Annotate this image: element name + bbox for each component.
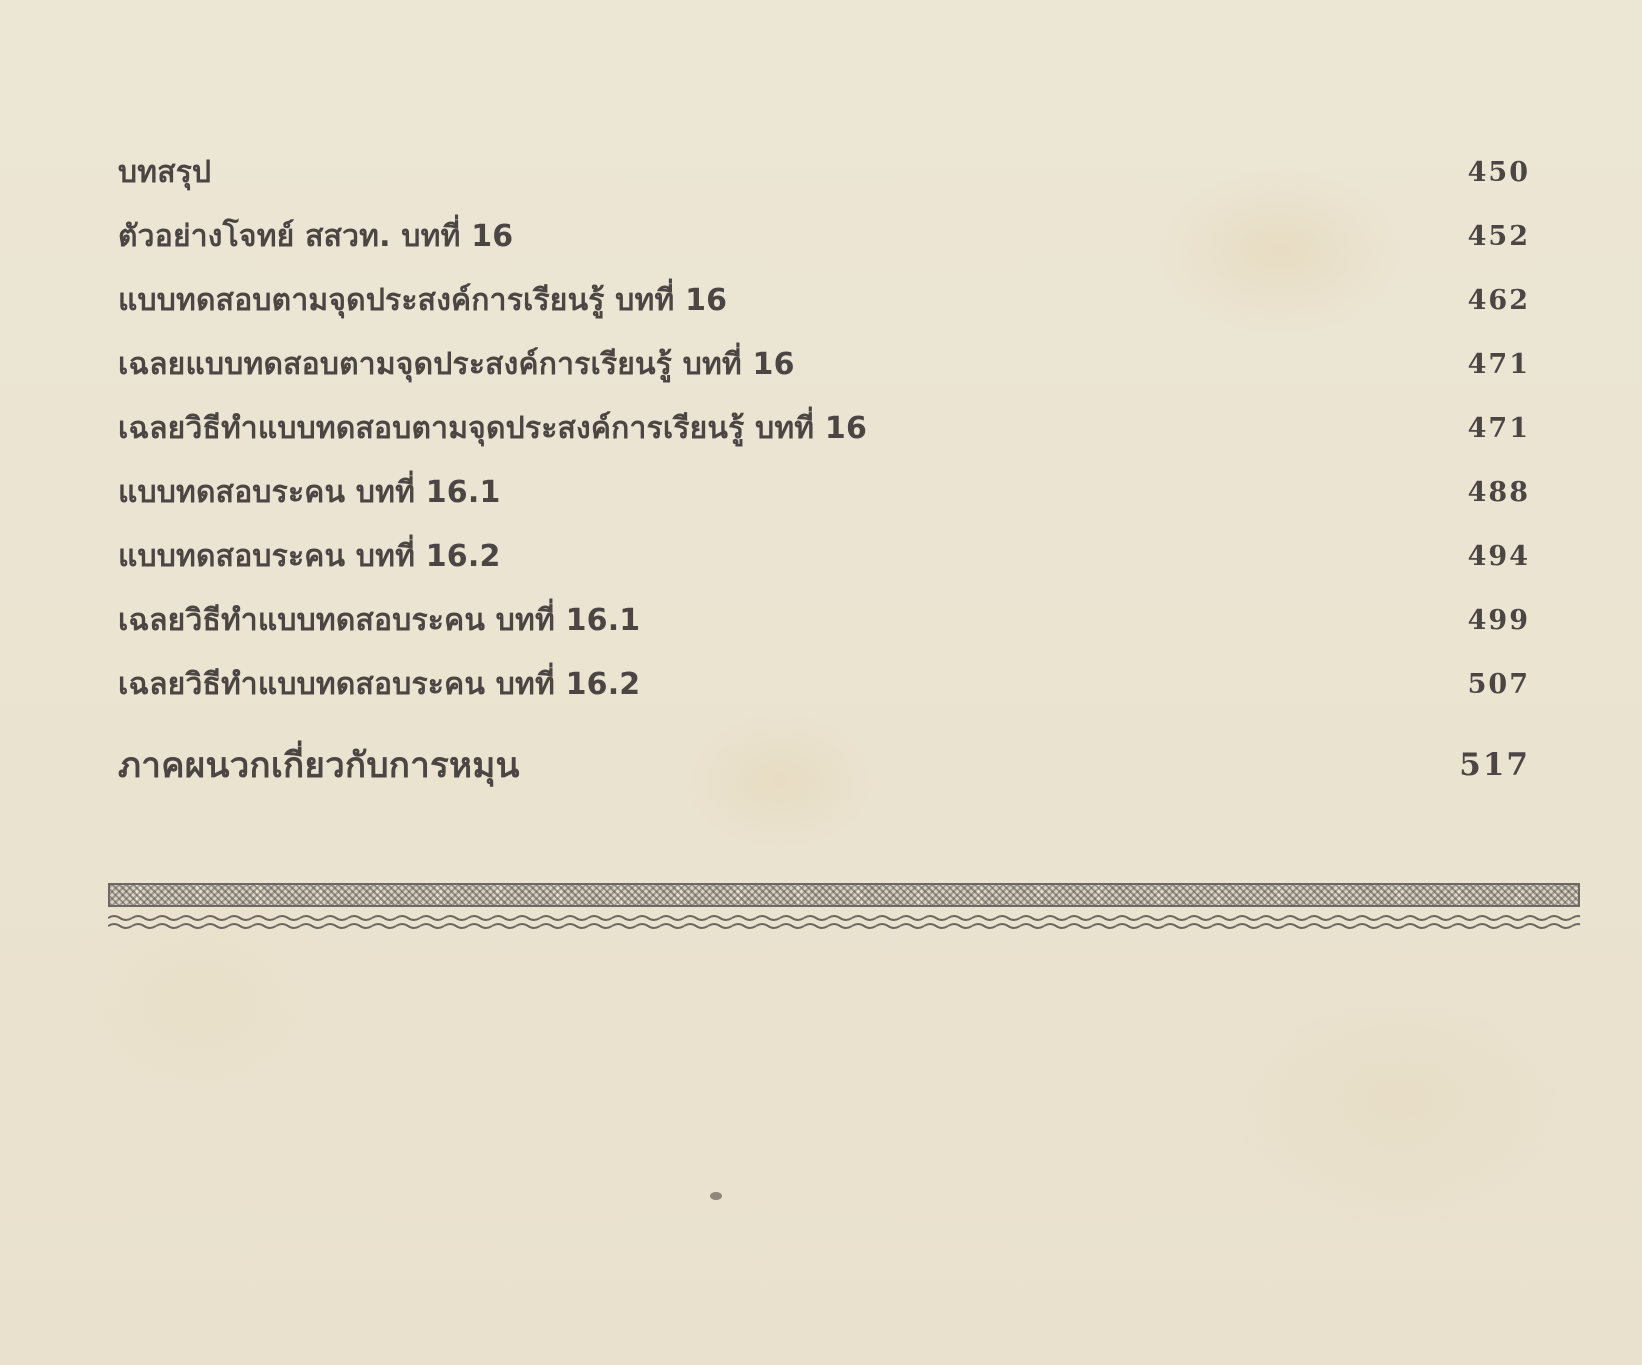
table-of-contents: บทสรุป 450 ตัวอย่างโจทย์ สสวท. บทที่ 16 … [118,140,1530,800]
toc-entry-page: 494 [1450,541,1530,572]
toc-entry-title: แบบทดสอบตามจุดประสงค์การเรียนรู้ บทที่ 1… [118,277,727,324]
toc-appendix-entry[interactable]: ภาคผนวกเกี่ยวกับการหมุน 517 [118,730,1530,800]
toc-entry[interactable]: แบบทดสอบตามจุดประสงค์การเรียนรู้ บทที่ 1… [118,268,1530,332]
toc-entry-title: เฉลยวิธีทำแบบทดสอบตามจุดประสงค์การเรียนร… [118,405,867,452]
toc-entry-page: 471 [1450,413,1530,444]
toc-entry[interactable]: เฉลยแบบทดสอบตามจุดประสงค์การเรียนรู้ บทท… [118,332,1530,396]
toc-entry-page: 452 [1450,221,1530,252]
toc-entry-page: 499 [1450,605,1530,636]
toc-entry[interactable]: บทสรุป 450 [118,140,1530,204]
toc-entry-page: 488 [1450,477,1530,508]
toc-entry-title: เฉลยวิธีทำแบบทดสอบระคน บทที่ 16.2 [118,661,640,708]
toc-entry-title: เฉลยแบบทดสอบตามจุดประสงค์การเรียนรู้ บทท… [118,341,795,388]
toc-appendix-page: 517 [1450,747,1530,783]
toc-entry[interactable]: ตัวอย่างโจทย์ สสวท. บทที่ 16 452 [118,204,1530,268]
toc-entry-page: 462 [1450,285,1530,316]
wavy-lines-icon [108,913,1580,933]
toc-entry-title: แบบทดสอบระคน บทที่ 16.2 [118,533,501,580]
toc-entry[interactable]: เฉลยวิธีทำแบบทดสอบระคน บทที่ 16.2 507 [118,652,1530,716]
toc-entry[interactable]: แบบทดสอบระคน บทที่ 16.1 488 [118,460,1530,524]
decorative-border-band-icon [108,883,1580,907]
decorative-border [108,883,1580,933]
toc-entry[interactable]: เฉลยวิธีทำแบบทดสอบตามจุดประสงค์การเรียนร… [118,396,1530,460]
toc-entry-page: 471 [1450,349,1530,380]
toc-entry-page: 450 [1450,157,1530,188]
toc-entry-title: แบบทดสอบระคน บทที่ 16.1 [118,469,501,516]
toc-entry-title: ตัวอย่างโจทย์ สสวท. บทที่ 16 [118,213,513,260]
toc-entry-title: บทสรุป [118,149,211,196]
toc-entry-title: เฉลยวิธีทำแบบทดสอบระคน บทที่ 16.1 [118,597,640,644]
toc-entry-page: 507 [1450,669,1530,700]
toc-entry[interactable]: เฉลยวิธีทำแบบทดสอบระคน บทที่ 16.1 499 [118,588,1530,652]
toc-appendix-title: ภาคผนวกเกี่ยวกับการหมุน [118,738,520,793]
toc-entry[interactable]: แบบทดสอบระคน บทที่ 16.2 494 [118,524,1530,588]
paper-stain [710,1192,722,1200]
